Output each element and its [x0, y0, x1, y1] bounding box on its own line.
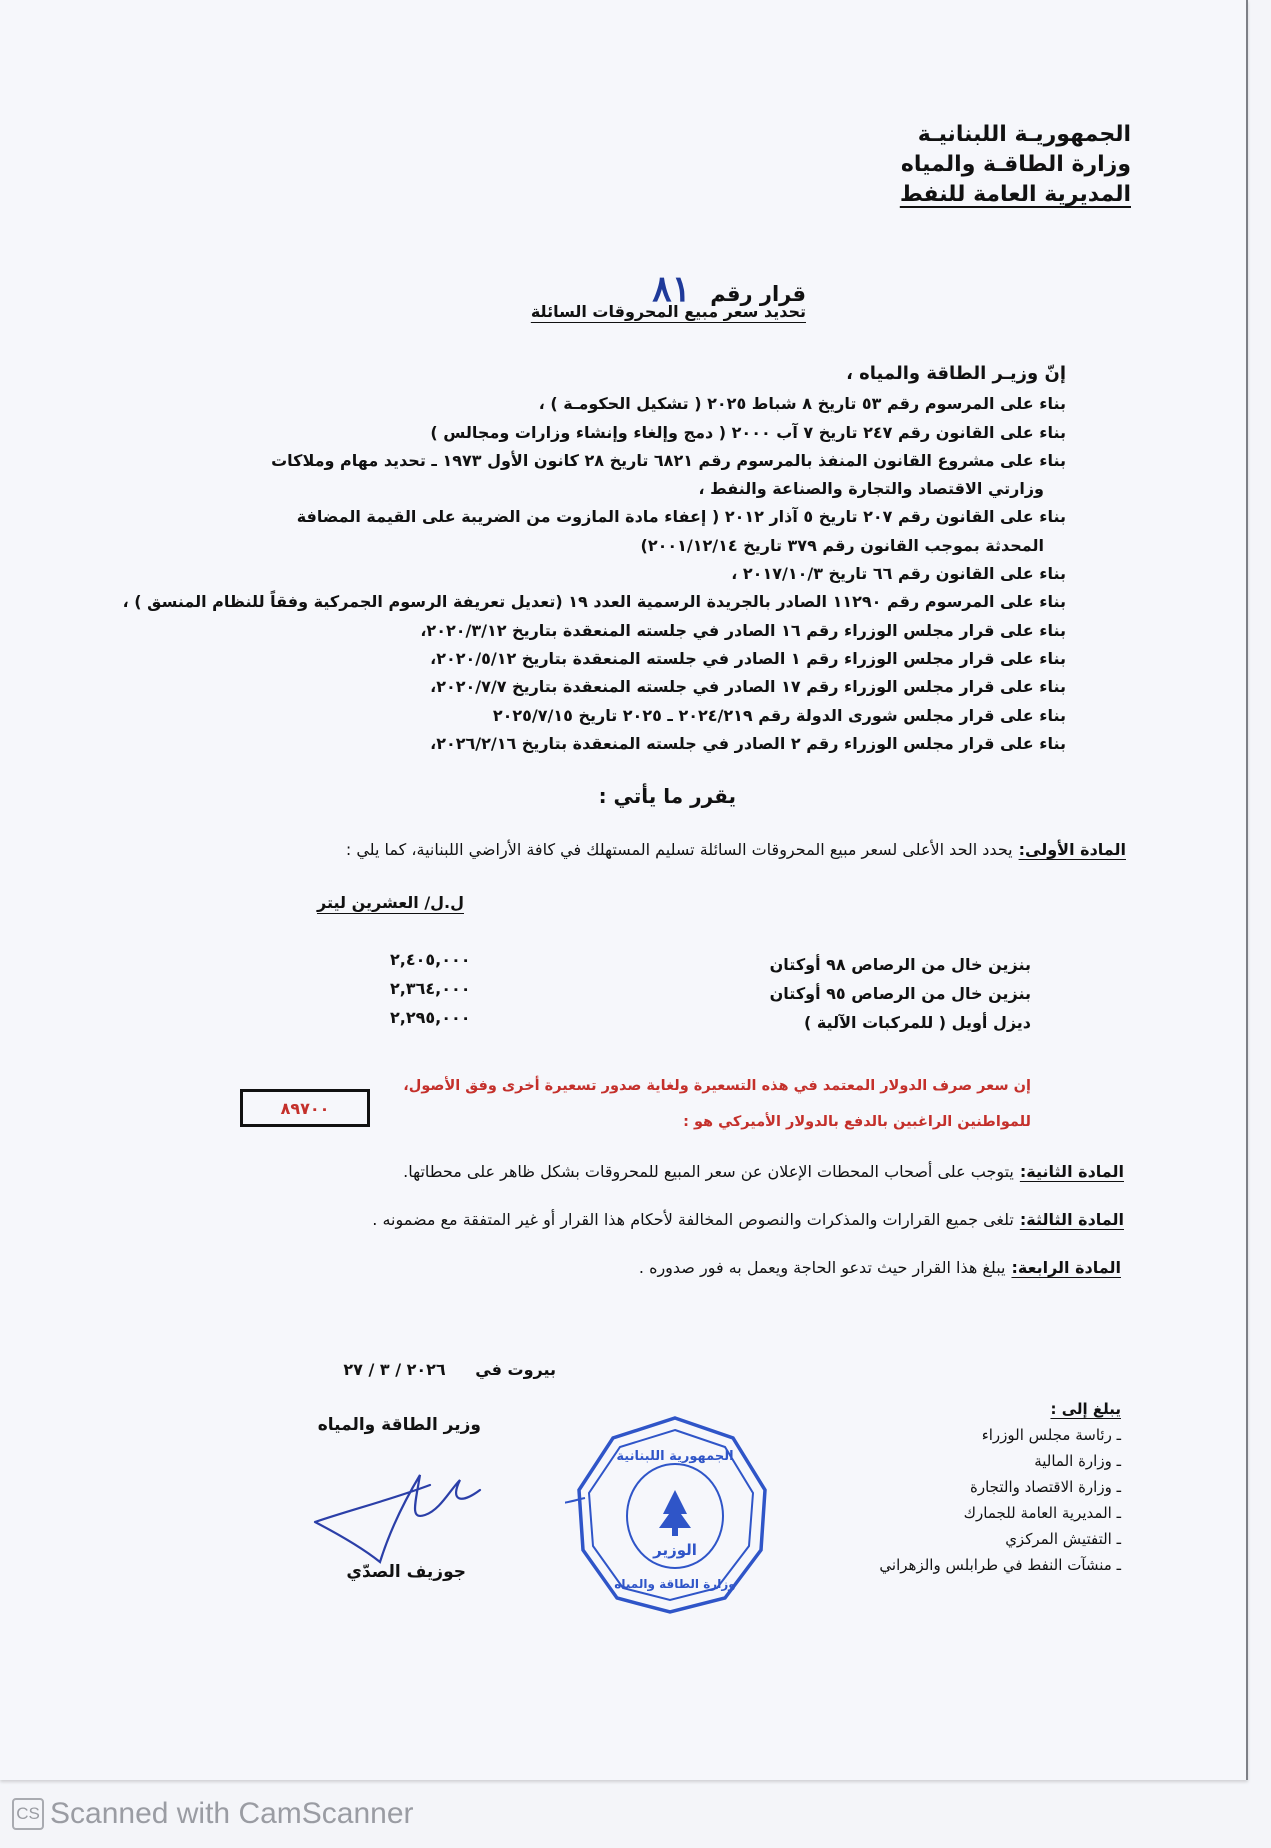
- preamble-opening: إنّ وزيـر الطاقة والمياه ،: [166, 360, 1066, 388]
- signatory-name: جوزيف الصدّي: [346, 1562, 466, 1582]
- distribution-item: ـ رئاسة مجلس الوزراء: [879, 1422, 1121, 1448]
- exchange-rate-note-line1: إن سعر صرف الدولار المعتمد في هذه التسعي…: [403, 1068, 1031, 1104]
- resolves-heading: يقرر ما يأتي :: [599, 784, 736, 808]
- distribution-item: ـ وزارة الاقتصاد والتجارة: [879, 1474, 1121, 1500]
- exchange-rate-box: ٨٩٧٠٠: [240, 1089, 370, 1127]
- distribution-list: يبلغ إلى : ـ رئاسة مجلس الوزراء ـ وزارة …: [879, 1396, 1121, 1578]
- letterhead-ministry: وزارة الطاقـة والمياه: [900, 150, 1131, 180]
- letterhead-directorate: المديرية العامة للنفط: [900, 180, 1131, 210]
- price-unit-header: ل.ل/ العشرين ليتر: [317, 893, 464, 912]
- article-3-label: المادة الثالثة:: [1020, 1210, 1124, 1229]
- preamble-line: بناء على مشروع القانون المنفذ بالمرسوم ر…: [166, 447, 1066, 475]
- exchange-rate-note-line2: للمواطنين الراغبين بالدفع بالدولار الأمي…: [403, 1104, 1031, 1140]
- article-3-text: تلغى جميع القرارات والمذكرات والنصوص الم…: [372, 1210, 1014, 1229]
- article-4: المادة الرابعة:يبلغ هذا القرار حيث تدعو …: [639, 1258, 1121, 1277]
- fuel-products: بنزين خال من الرصاص ٩٨ أوكتان بنزين خال …: [770, 950, 1031, 1037]
- svg-text:الجمهورية اللبنانية: الجمهورية اللبنانية: [616, 1449, 733, 1464]
- preamble-line: بناء على المرسوم رقم ١١٢٩٠ الصادر بالجري…: [166, 588, 1066, 616]
- letterhead-republic: الجمهوريـة اللبنانيـة: [900, 120, 1131, 150]
- preamble-line: بناء على القانون رقم ٢٠٧ تاريخ ٥ آذار ٢٠…: [166, 503, 1066, 531]
- article-4-label: المادة الرابعة:: [1011, 1258, 1121, 1277]
- preamble-line: بناء على قرار مجلس الوزراء رقم ٢ الصادر …: [166, 730, 1066, 758]
- article-2-text: يتوجب على أصحاب المحطات الإعلان عن سعر ا…: [403, 1162, 1014, 1181]
- exchange-rate-note: إن سعر صرف الدولار المعتمد في هذه التسعي…: [403, 1068, 1031, 1140]
- fuel-price-diesel: ٢,٢٩٥,٠٠٠: [390, 1003, 471, 1032]
- article-1: المادة الأولى:يحدد الحد الأعلى لسعر مبيع…: [346, 840, 1126, 859]
- place-date: بيروت في ٢٠٢٦ / ٣ / ٢٧: [343, 1360, 556, 1379]
- camscanner-logo-icon: CS: [12, 1798, 44, 1830]
- date: ٢٠٢٦ / ٣ / ٢٧: [343, 1360, 445, 1379]
- decision-subject: تحديد سعر مبيع المحروقات السائلة: [531, 302, 806, 321]
- preamble-line: بناء على المرسوم رقم ٥٣ تاريخ ٨ شباط ٢٠٢…: [166, 390, 1066, 418]
- preamble-line: وزارتي الاقتصاد والتجارة والصناعة والنفط…: [166, 475, 1066, 503]
- article-2: المادة الثانية:يتوجب على أصحاب المحطات ا…: [403, 1162, 1124, 1181]
- signatory-title: وزير الطاقة والمياه: [318, 1415, 481, 1435]
- preamble-line: بناء على قرار مجلس الوزراء رقم ١٧ الصادر…: [166, 673, 1066, 701]
- article-1-label: المادة الأولى:: [1019, 840, 1126, 859]
- fuel-price-98: ٢,٤٠٥,٠٠٠: [390, 945, 471, 974]
- distribution-item: ـ المديرية العامة للجمارك: [879, 1500, 1121, 1526]
- camscanner-watermark: CS Scanned with CamScanner: [12, 1797, 414, 1831]
- preamble: إنّ وزيـر الطاقة والمياه ، بناء على المر…: [166, 360, 1066, 758]
- article-4-text: يبلغ هذا القرار حيث تدعو الحاجة ويعمل به…: [639, 1258, 1006, 1277]
- distribution-item: ـ التفتيش المركزي: [879, 1526, 1121, 1552]
- fuel-product-98: بنزين خال من الرصاص ٩٨ أوكتان: [770, 950, 1031, 979]
- preamble-line: بناء على قرار مجلس الوزراء رقم ١٦ الصادر…: [166, 617, 1066, 645]
- svg-text:الوزير: الوزير: [652, 1541, 697, 1559]
- fuel-price-95: ٢,٣٦٤,٠٠٠: [390, 974, 471, 1003]
- signature-icon: [310, 1460, 510, 1565]
- distribution-title: يبلغ إلى :: [879, 1396, 1121, 1422]
- camscanner-text: Scanned with CamScanner: [50, 1797, 414, 1831]
- distribution-item: ـ وزارة المالية: [879, 1448, 1121, 1474]
- preamble-line: بناء على قرار مجلس الوزراء رقم ١ الصادر …: [166, 645, 1066, 673]
- article-1-text: يحدد الحد الأعلى لسعر مبيع المحروقات الس…: [346, 840, 1013, 859]
- preamble-line: بناء على القانون رقم ٦٦ تاريخ ٢٠١٧/١٠/٣ …: [166, 560, 1066, 588]
- fuel-product-diesel: ديزل أويل ( للمركبات الآلية ): [770, 1008, 1031, 1037]
- preamble-line: بناء على قرار مجلس شورى الدولة رقم ٢٠٢٤/…: [166, 702, 1066, 730]
- distribution-item: ـ منشآت النفط في طرابلس والزهراني: [879, 1552, 1121, 1578]
- letterhead: الجمهوريـة اللبنانيـة وزارة الطاقـة والم…: [900, 120, 1131, 210]
- article-2-label: المادة الثانية:: [1020, 1162, 1124, 1181]
- scanned-page: الجمهوريـة اللبنانيـة وزارة الطاقـة والم…: [0, 0, 1248, 1780]
- fuel-prices: ٢,٤٠٥,٠٠٠ ٢,٣٦٤,٠٠٠ ٢,٢٩٥,٠٠٠: [390, 945, 471, 1032]
- article-3: المادة الثالثة:تلغى جميع القرارات والمذك…: [372, 1210, 1124, 1229]
- official-stamp-icon: الوزير الجمهورية اللبنانية وزارة الطاقة …: [565, 1410, 785, 1620]
- preamble-line: المحدثة بموجب القانون رقم ٣٧٩ تاريخ ٢٠٠١…: [166, 532, 1066, 560]
- fuel-product-95: بنزين خال من الرصاص ٩٥ أوكتان: [770, 979, 1031, 1008]
- place: بيروت في: [475, 1360, 556, 1379]
- preamble-line: بناء على القانون رقم ٢٤٧ تاريخ ٧ آب ٢٠٠٠…: [166, 419, 1066, 447]
- svg-text:وزارة الطاقة والمياه: وزارة الطاقة والمياه: [614, 1577, 735, 1592]
